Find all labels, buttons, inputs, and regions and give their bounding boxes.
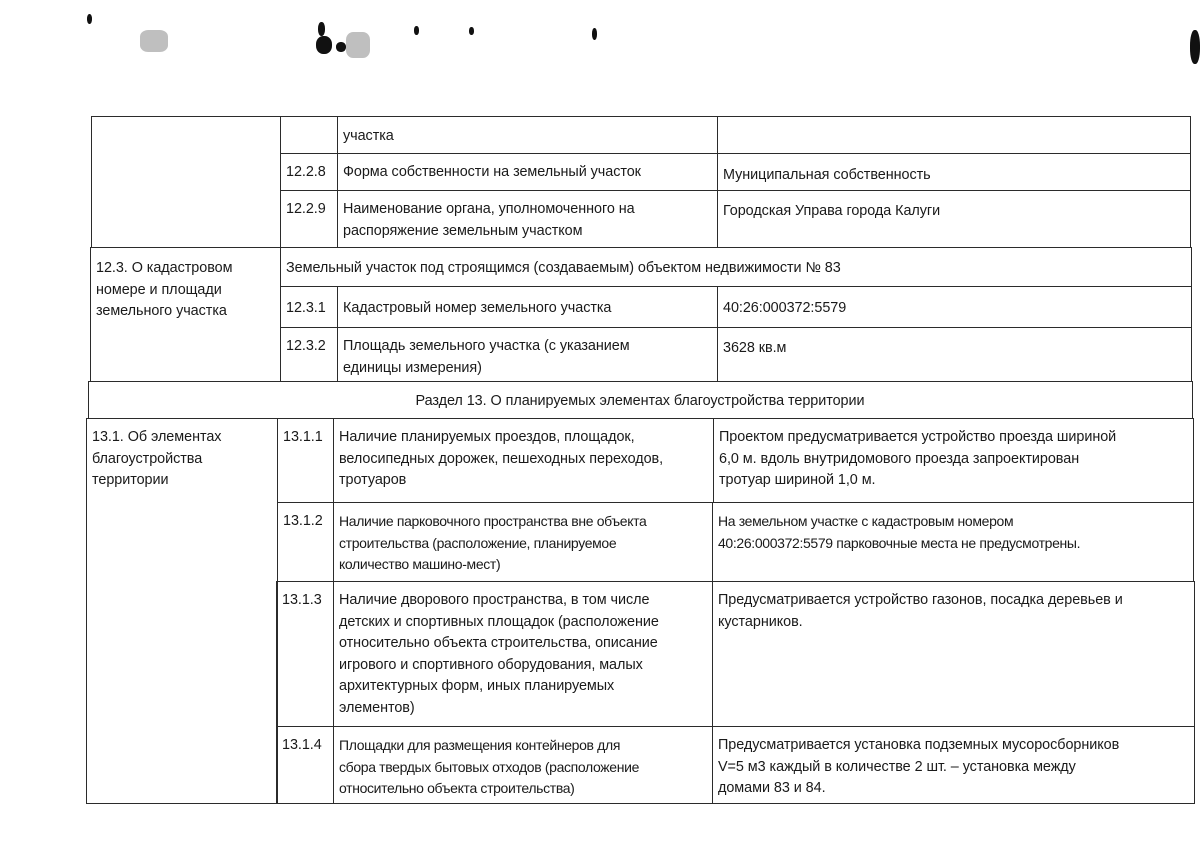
row-number: 12.3.1 xyxy=(280,286,338,328)
row-number: 13.1.3 xyxy=(276,581,334,727)
scan-noise-speck xyxy=(414,26,419,35)
row-value: 40:26:000372:5579 xyxy=(717,286,1192,328)
row-label: участка xyxy=(337,116,718,154)
row-value: Предусматривается установка подземных му… xyxy=(712,726,1195,804)
row-number: 12.2.9 xyxy=(280,190,338,248)
scan-noise-speck xyxy=(318,22,325,36)
row-value: Муниципальная собственность xyxy=(717,153,1191,191)
group-12-2-cell xyxy=(91,116,281,248)
scanned-page: участка 12.2.8 Форма собственности на зе… xyxy=(0,0,1200,854)
scan-noise-speck xyxy=(336,42,346,52)
row-label: Форма собственности на земельный участок xyxy=(337,153,718,191)
section-13-heading: Раздел 13. О планируемых элементах благо… xyxy=(88,381,1193,419)
row-value: Городская Управа города Калуги xyxy=(717,190,1191,248)
row-label: Наличие парковочного пространства вне об… xyxy=(333,502,713,582)
scan-noise-speck xyxy=(87,14,92,24)
row-label: Кадастровый номер земельного участка xyxy=(337,286,718,328)
group-12-3-subheading: Земельный участок под строящимся (создав… xyxy=(280,247,1192,287)
row-label: Наличие дворового пространства, в том чи… xyxy=(333,581,713,727)
row-number xyxy=(280,116,338,154)
row-number: 13.1.2 xyxy=(277,502,334,582)
row-value: На земельном участке с кадастровым номер… xyxy=(712,502,1194,582)
row-number: 12.2.8 xyxy=(280,153,338,191)
row-value xyxy=(717,116,1191,154)
row-label: Наличие планируемых проездов, площадок, … xyxy=(333,418,714,503)
group-12-3-title: 12.3. О кадастровом номере и площади зем… xyxy=(90,247,281,382)
row-number: 13.1.4 xyxy=(276,726,334,804)
scan-noise-speck xyxy=(140,30,168,52)
scan-noise-speck xyxy=(469,27,474,35)
row-value: 3628 кв.м xyxy=(717,327,1192,382)
row-label: Наименование органа, уполномоченного на … xyxy=(337,190,718,248)
group-13-1-title: 13.1. Об элементах благоустройства терри… xyxy=(86,418,278,804)
scan-noise-speck xyxy=(316,36,332,54)
row-label: Площадь земельного участка (с указанием … xyxy=(337,327,718,382)
scan-noise-speck xyxy=(592,28,597,40)
scan-noise-speck xyxy=(1190,30,1200,64)
scan-noise-speck xyxy=(346,32,370,58)
row-value: Проектом предусматривается устройство пр… xyxy=(713,418,1194,503)
row-number: 13.1.1 xyxy=(277,418,334,503)
row-label: Площадки для размещения контейнеров для … xyxy=(333,726,713,804)
row-value: Предусматривается устройство газонов, по… xyxy=(712,581,1195,727)
row-number: 12.3.2 xyxy=(280,327,338,382)
